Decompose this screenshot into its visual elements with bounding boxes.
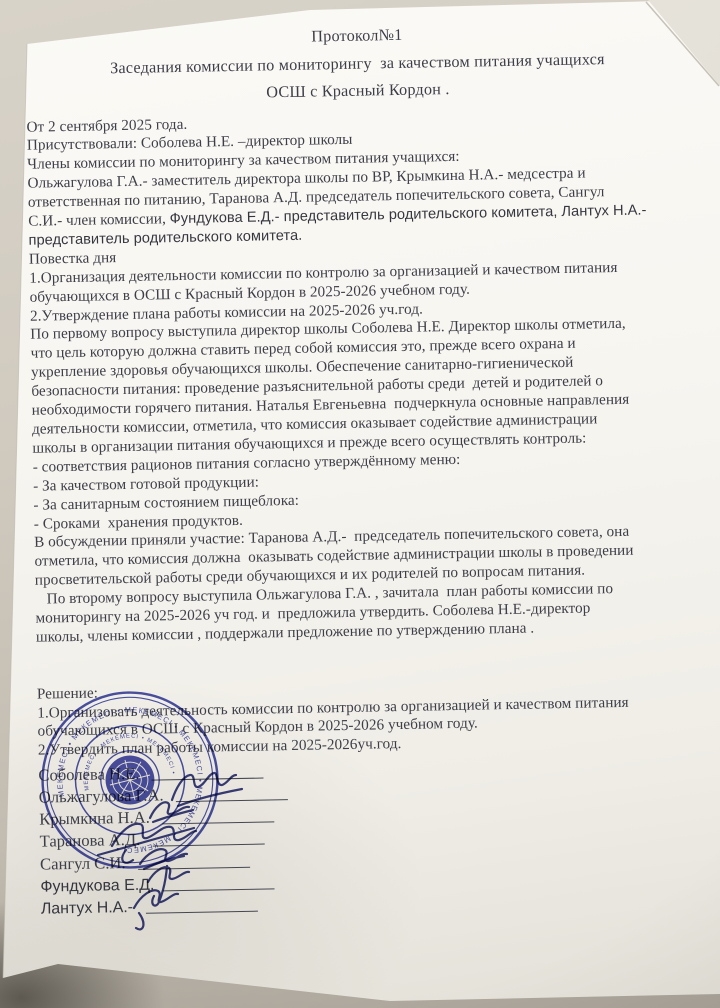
body-line-serif-text: - За качеством готовой продукции: — [33, 473, 259, 494]
body-line-sans-text: представитель родительского комитета. — [28, 228, 302, 249]
body-line-serif-text: Повестка дня — [29, 249, 117, 268]
signatory-name: Лантух Н.А.- — [41, 899, 138, 919]
signature-line — [162, 876, 274, 891]
body-line-serif-text: - Сроками хранения продуктов. — [34, 511, 243, 532]
body-line-serif-text: С.И.- член комиссии, — [28, 210, 170, 230]
body-line-serif-text: От 2 сентября 2025 года. — [26, 115, 187, 135]
signature-line — [145, 899, 257, 914]
document-body: От 2 сентября 2025 года. Присутствовали:… — [26, 106, 702, 761]
photo-background: Протокол№1 Заседания комиссии по монитор… — [0, 0, 720, 1008]
document-title-block: Протокол№1 Заседания комиссии по монитор… — [25, 17, 690, 112]
body-line-serif-text: - За санитарным состоянием пищеблока: — [33, 491, 299, 513]
